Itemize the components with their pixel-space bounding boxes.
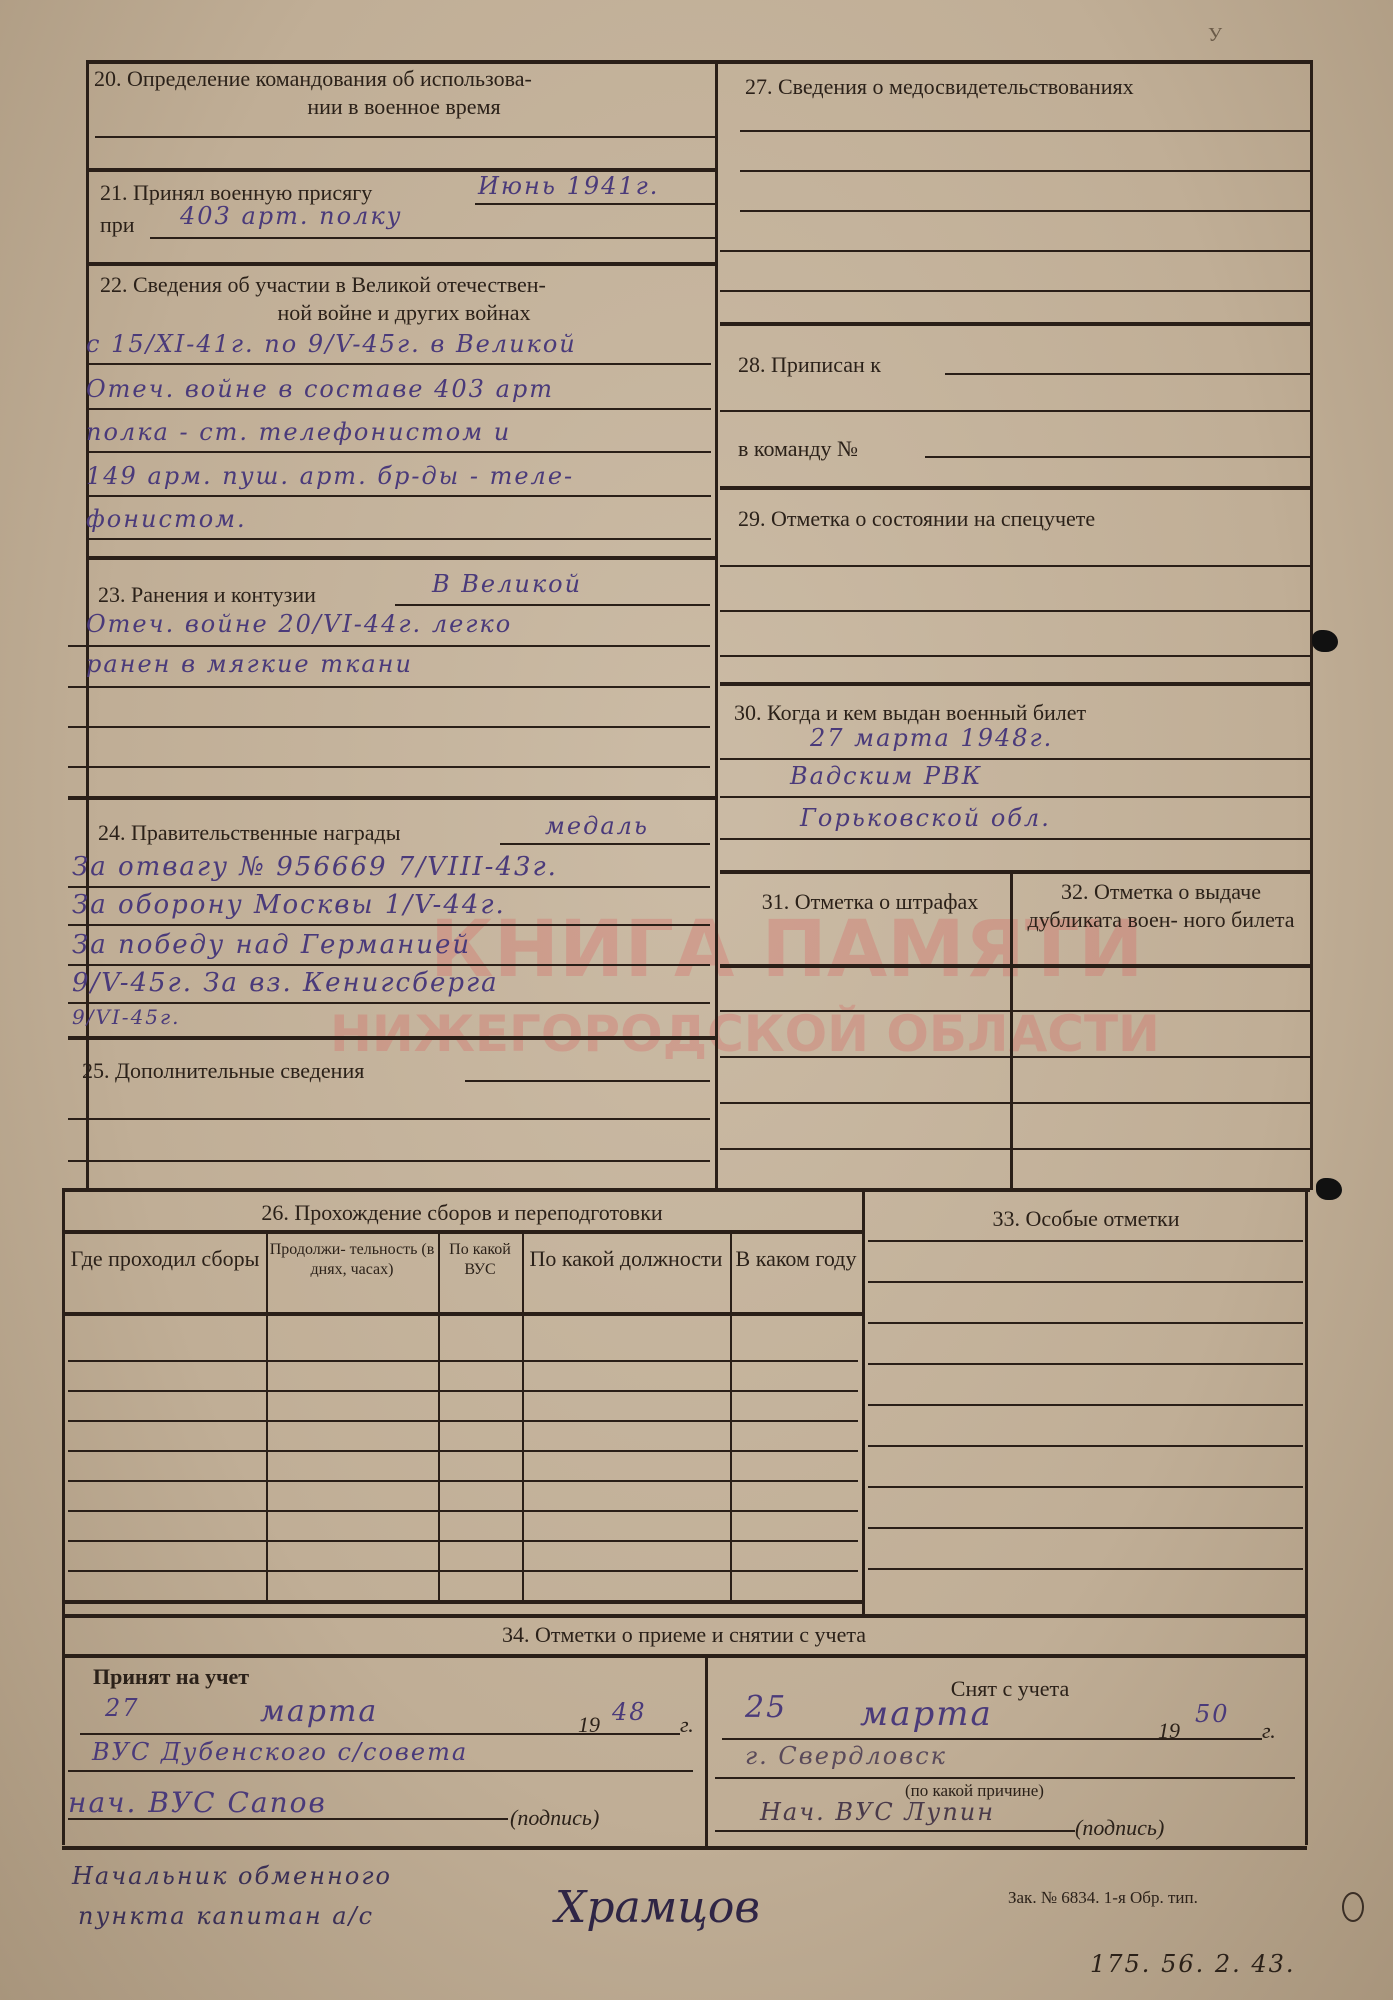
s33-line-8 (868, 1568, 1303, 1570)
s31-header-bottom (720, 964, 1310, 968)
s27-line-0 (740, 130, 1310, 132)
s34-title-bottom (62, 1654, 1307, 1658)
s21-at-value[interactable]: 403 арт. полку (180, 202, 403, 230)
chief-signature: Храмцов (555, 1882, 760, 1933)
s21-at-label: при (100, 212, 135, 238)
s24-label: 24. Правительственные награды (98, 820, 401, 846)
s25-line-0 (465, 1080, 710, 1082)
form-bottom (62, 1846, 1307, 1850)
s26-title-bottom (62, 1230, 862, 1234)
chief-line-1: Начальник обменного (72, 1862, 392, 1890)
s22-bottom (88, 556, 715, 560)
s20-line (95, 136, 715, 138)
s23-entry-1[interactable]: Отеч. войне 20/VI-44г. легко (86, 610, 512, 638)
s27-line-3 (720, 250, 1310, 252)
s21-oath-date[interactable]: Июнь 1941г. (478, 172, 659, 200)
s27-line-4 (720, 290, 1310, 292)
s33-line-1 (868, 1281, 1303, 1283)
s26-header-bottom (62, 1312, 862, 1316)
s21-line-2 (150, 237, 715, 239)
accepted-label: Принят на учет (93, 1664, 249, 1690)
s23-line-4 (68, 766, 710, 768)
s33-line-5 (868, 1445, 1303, 1447)
s22-line-4 (86, 538, 711, 540)
s33-line-7 (868, 1527, 1303, 1529)
s22-label-1: 22. Сведения об участии в Великой отечес… (100, 272, 546, 298)
removed-day[interactable]: 25 (745, 1690, 787, 1725)
s26-row-line-6 (68, 1540, 858, 1542)
s30-label: 30. Когда и кем выдан военный билет (734, 700, 1086, 726)
removed-year[interactable]: 50 (1195, 1700, 1230, 1728)
s26-title: 26. Прохождение сборов и переподготовки (64, 1200, 860, 1226)
s24-line-2 (68, 924, 710, 926)
removed-date-line (722, 1738, 1262, 1740)
removed-month[interactable]: марта (860, 1694, 993, 1734)
s31-line-3 (720, 1102, 1310, 1104)
s26-col-divider-1 (266, 1232, 268, 1600)
accepted-by[interactable]: ВУС Дубенского с/совета (92, 1738, 468, 1766)
chief-line-2: пункта капитан а/с (78, 1902, 374, 1930)
s26-s33-divider (862, 1190, 865, 1615)
removed-year-suffix: г. (1262, 1718, 1276, 1744)
s22-label-2: ной войне и других войнах (94, 300, 714, 326)
s24-entry-3[interactable]: За победу над Германией (72, 930, 471, 960)
s26-col-header-4: В каком году (730, 1246, 862, 1272)
s33-line-4 (868, 1404, 1303, 1406)
s27-bottom (720, 322, 1310, 326)
s29-line-1 (720, 565, 1310, 567)
s25-line-1 (68, 1118, 710, 1120)
s24-entry-0[interactable]: медаль (545, 812, 649, 840)
s24-line-1 (68, 886, 710, 888)
removed-sign-line (715, 1830, 1075, 1832)
s21-line-1 (475, 203, 715, 205)
s23-line-3 (68, 726, 710, 728)
accepted-sign-label: (подпись) (510, 1805, 599, 1831)
s25-label: 25. Дополнительные сведения (82, 1058, 364, 1084)
accepted-signer[interactable]: нач. ВУС Сапов (68, 1786, 327, 1819)
s30-entry-1[interactable]: Вадским РВК (790, 762, 982, 790)
s27-line-1 (740, 170, 1310, 172)
s28-label: 28. Приписан к (738, 352, 881, 378)
s23-entry-0[interactable]: В Великой (432, 570, 582, 598)
s26-row-line-7 (68, 1570, 858, 1572)
s34-title: 34. Отметки о приеме и снятии с учета (64, 1622, 1304, 1648)
s24-line-4 (68, 1002, 710, 1004)
s26-col-header-3: По какой должности (522, 1246, 730, 1272)
s32-label: 32. Отметка о выдаче дубликата воен- ног… (1012, 878, 1310, 934)
s22-entry-0[interactable]: с 15/XI-41г. по 9/V-45г. в Великой (86, 330, 577, 358)
removed-label: Снят с учета (710, 1676, 1310, 1702)
corner-mark: У (1208, 24, 1222, 47)
s28-line-2 (720, 410, 1310, 412)
s22-line-1 (86, 408, 711, 410)
accepted-month[interactable]: марта (260, 1694, 378, 1729)
s22-line-3 (86, 495, 711, 497)
s27-line-2 (740, 210, 1310, 212)
right-border-lower (1305, 1190, 1308, 1845)
s33-line-0 (868, 1240, 1303, 1242)
s30-bottom (720, 870, 1310, 874)
removed-year-prefix: 19 (1158, 1718, 1180, 1744)
s23-line-1 (68, 645, 710, 647)
s26-col-divider-2 (438, 1232, 440, 1600)
archive-number: 175. 56. 2. 43. (1090, 1950, 1296, 1978)
s34-divider (705, 1656, 708, 1846)
s29-line-2 (720, 610, 1310, 612)
s34-top (62, 1614, 1307, 1618)
s33-label: 33. Особые отметки (866, 1206, 1306, 1232)
s28-team-label: в команду № (738, 436, 858, 462)
s22-entry-3[interactable]: 149 арм. пуш. арт. бр-ды - теле- (86, 462, 574, 490)
s28-line-1 (945, 373, 1310, 375)
s22-entry-1[interactable]: Отеч. войне в составе 403 арт (86, 375, 554, 403)
s29-label: 29. Отметка о состоянии на спецучете (738, 506, 1095, 532)
s20-label-1: 20. Определение командования об использо… (94, 66, 532, 92)
s20-label-2: нии в военное время (94, 94, 714, 120)
s31-line-4 (720, 1148, 1310, 1150)
s24-entry-1[interactable]: За отвагу № 956669 7/VIII-43г. (72, 852, 558, 882)
s25-line-2 (68, 1160, 710, 1162)
watermark-line2: НИЖЕГОРОДСКОЙ ОБЛАСТИ (330, 1005, 1160, 1063)
s23-label: 23. Ранения и контузии (98, 582, 316, 608)
s26-row-line-1 (68, 1390, 858, 1392)
s24-entry-2[interactable]: За оборону Москвы 1/V-44г. (72, 890, 506, 920)
right-border (1310, 60, 1313, 1190)
s28-bottom (720, 486, 1310, 490)
s26-top (62, 1188, 1310, 1192)
s30-entry-2[interactable]: Горьковской обл. (800, 804, 1051, 832)
s26-col-header-1: Продолжи- тельность (в днях, часах) (266, 1240, 438, 1280)
s26-row-line-5 (68, 1510, 858, 1512)
removed-signer[interactable]: Нач. ВУС Лупин (760, 1798, 995, 1826)
s24-entry-4[interactable]: 9/V-45г. За вз. Кенигсберга (72, 968, 499, 998)
circle-mark (1342, 1892, 1364, 1922)
s24-bottom (68, 1036, 715, 1040)
punch-hole-1 (1312, 630, 1338, 652)
removed-reason[interactable]: г. Свердловск (745, 1742, 947, 1770)
accepted-by-line (68, 1770, 693, 1772)
s28-line-3 (925, 456, 1310, 458)
s26-col-header-2: По какой ВУС (438, 1240, 522, 1280)
removed-sign-label: (подпись) (1075, 1815, 1164, 1841)
accepted-year-suffix: г. (680, 1712, 694, 1738)
s26-row-line-0 (68, 1360, 858, 1362)
accepted-year[interactable]: 48 (612, 1698, 647, 1726)
s26-row-line-3 (68, 1450, 858, 1452)
removed-reason-line (715, 1777, 1295, 1779)
s29-line-3 (720, 655, 1310, 657)
accepted-day[interactable]: 27 (105, 1694, 140, 1722)
s31-line-1 (720, 1010, 1310, 1012)
s21-bottom (88, 262, 715, 266)
s33-line-3 (868, 1363, 1303, 1365)
s26-col-divider-4 (730, 1232, 732, 1600)
s24-entry-5[interactable]: 9/VI-45г. (72, 1005, 180, 1029)
s22-entry-4[interactable]: фонистом. (86, 505, 247, 533)
s26-bottom (62, 1600, 862, 1604)
s24-line-3 (68, 964, 710, 966)
s22-entry-2[interactable]: полка - ст. телефонистом и (86, 418, 511, 446)
s26-row-line-4 (68, 1480, 858, 1482)
s31-line-2 (720, 1056, 1310, 1058)
s30-line-0 (720, 758, 1310, 760)
accepted-sign-line (68, 1818, 508, 1820)
s27-label: 27. Сведения о медосвидетельствованиях (745, 74, 1134, 100)
s30-line-1 (720, 796, 1310, 798)
s23-line-0 (395, 604, 710, 606)
s23-line-2 (68, 686, 710, 688)
s22-line-2 (86, 451, 711, 453)
left-border-lower (62, 1190, 65, 1845)
s26-row-line-2 (68, 1420, 858, 1422)
accepted-date-line (80, 1733, 680, 1735)
s33-line-2 (868, 1322, 1303, 1324)
s30-line-2 (720, 838, 1310, 840)
s29-bottom (720, 682, 1310, 686)
s23-bottom (68, 796, 715, 800)
s33-line-6 (868, 1486, 1303, 1488)
s26-col-divider-3 (522, 1232, 524, 1600)
s30-entry-0[interactable]: 27 марта 1948г. (810, 724, 1053, 752)
print-info: Зак. № 6834. 1-я Обр. тип. (1008, 1888, 1198, 1907)
s26-col-header-0: Где проходил сборы (64, 1246, 266, 1272)
s24-line-0 (500, 843, 710, 845)
top-border (86, 60, 1312, 64)
s31-label: 31. Отметка о штрафах (760, 888, 980, 916)
s23-entry-2[interactable]: ранен в мягкие ткани (86, 650, 413, 678)
s22-line-0 (86, 363, 711, 365)
middle-divider (715, 60, 718, 1190)
punch-hole-2 (1316, 1178, 1342, 1200)
